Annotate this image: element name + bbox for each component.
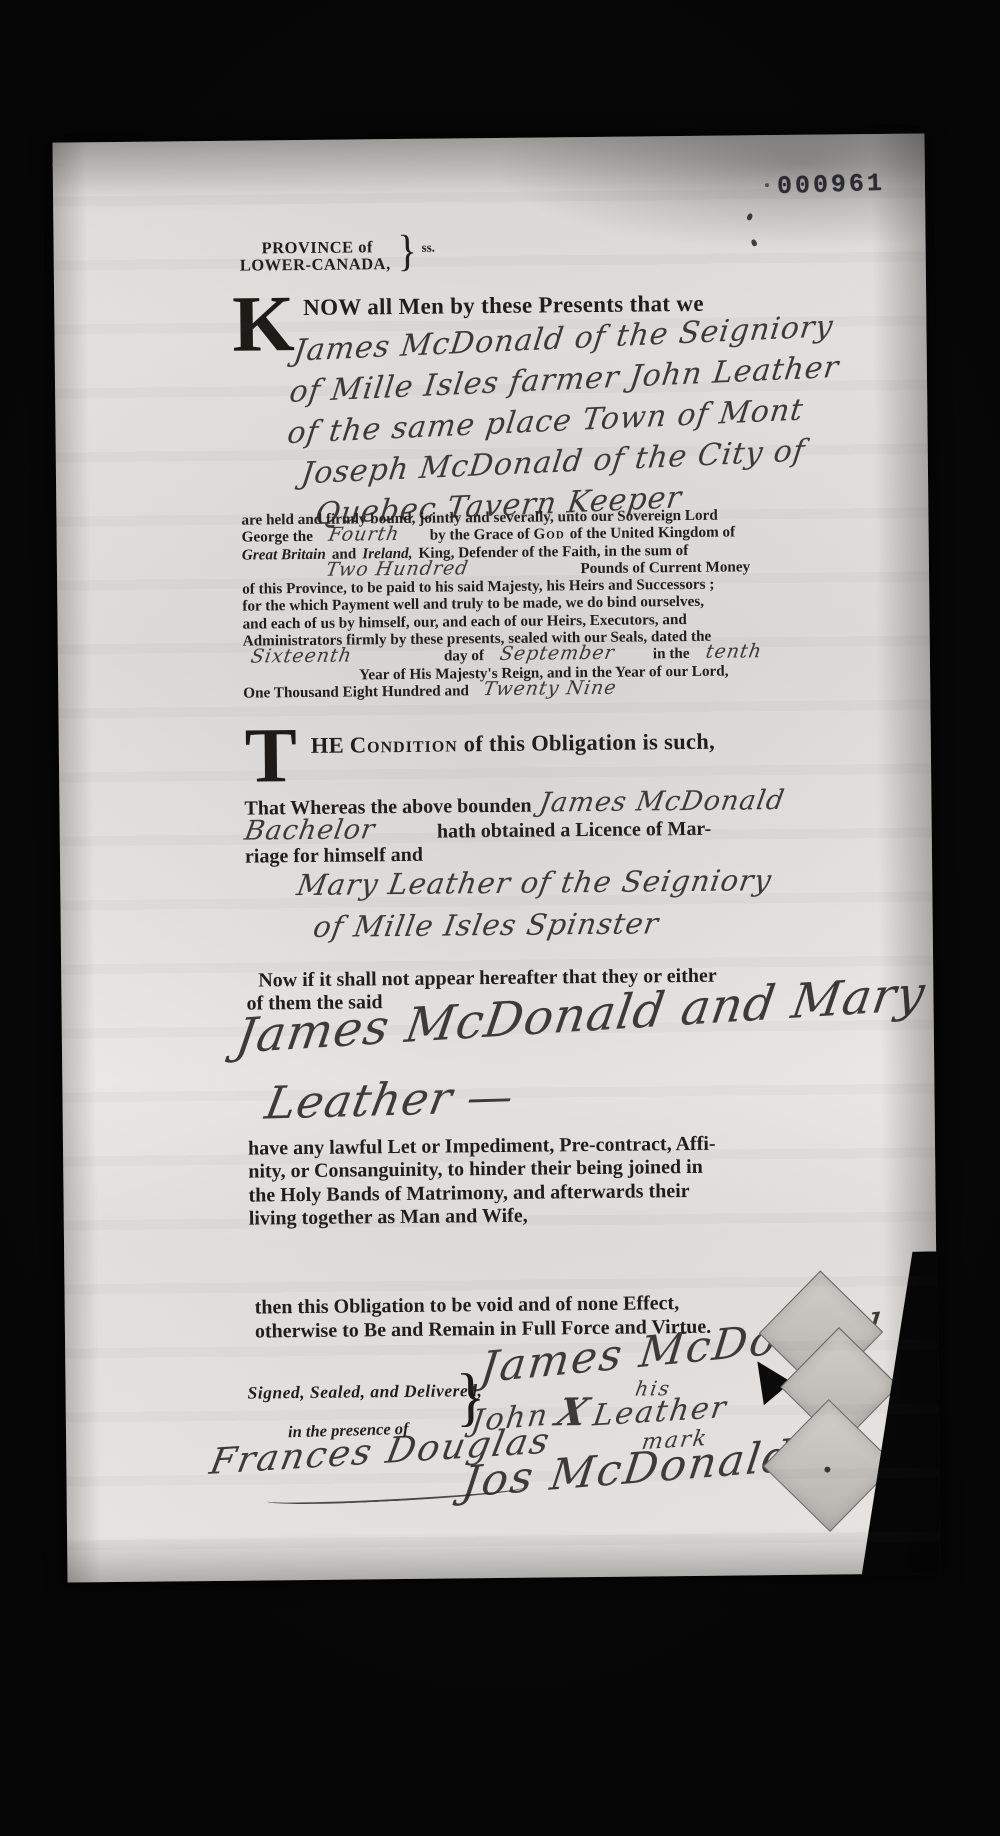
handwritten-names-line-2: Leather — bbox=[266, 1072, 513, 1128]
handwritten-names-line-1: James McDonald and Mary bbox=[239, 984, 922, 1047]
signature-leather: Leather bbox=[594, 1394, 727, 1430]
marriage-bond-page: 000961 PROVINCE of LOWER-CANADA, } ss. K… bbox=[52, 133, 939, 1582]
province-caption: PROVINCE of LOWER-CANADA, bbox=[240, 238, 391, 274]
condition-lead: HE bbox=[311, 733, 350, 758]
printed-text: living together as Man and Wife, bbox=[249, 1205, 528, 1230]
ink-mark bbox=[750, 239, 757, 247]
text-line: of Mille Isles Spinster bbox=[246, 911, 821, 953]
handwritten-text: Leather — bbox=[261, 1070, 518, 1130]
printed-text: Pounds of Current Money bbox=[580, 558, 750, 577]
impediment-paragraph: have any lawful Let or Impediment, Pre-c… bbox=[248, 1132, 829, 1231]
handwritten-text: Sixteenth bbox=[250, 649, 354, 665]
printed-text: the Holy Bands of Matrimony, and afterwa… bbox=[248, 1180, 689, 1207]
scan-artifact bbox=[53, 162, 67, 166]
handwritten-signature: John bbox=[469, 1398, 551, 1439]
printed-text: day of bbox=[444, 647, 484, 664]
printed-text: in the bbox=[653, 645, 690, 662]
printed-text: George the bbox=[242, 528, 313, 546]
document-number-stamp: 000961 bbox=[777, 169, 886, 201]
handwritten-x: X bbox=[551, 1389, 597, 1434]
handwritten-text: of Mille Isles Spinster bbox=[312, 913, 660, 937]
handwritten-text: tenth bbox=[704, 645, 762, 661]
bond-paragraph: are held and firmly bound, jointly and s… bbox=[241, 506, 818, 702]
printed-text: of the United Kingdom of bbox=[570, 524, 736, 543]
opening-line: NOW all Men by these Presents that we bbox=[303, 291, 704, 321]
province-ss-abbr: ss. bbox=[422, 240, 436, 256]
printed-text: by the Grace of bbox=[430, 526, 534, 544]
dropcap-t: T bbox=[245, 724, 298, 787]
province-line-2: LOWER-CANADA, bbox=[240, 255, 391, 274]
x-mark: X bbox=[558, 1389, 590, 1434]
signature-john: John bbox=[472, 1400, 549, 1436]
printed-text: God bbox=[533, 526, 565, 543]
seal-speck bbox=[824, 1467, 830, 1473]
text-line: Mary Leather of the Seigniory bbox=[245, 869, 820, 911]
handwritten-text: Mary Leather of the Seigniory bbox=[296, 870, 774, 895]
printed-text: Great Britain bbox=[242, 545, 326, 563]
dropcap-k: K bbox=[232, 292, 295, 357]
handwritten-text: September bbox=[499, 646, 616, 662]
condition-rest: of this Obligation is such, bbox=[458, 729, 715, 757]
printed-text: have any lawful Let or Impediment, Pre-c… bbox=[248, 1133, 716, 1160]
signature-jos-mcdonald: Jos McDonald bbox=[464, 1443, 790, 1496]
printed-text: riage for himself and bbox=[245, 844, 423, 868]
handwritten-text: Two Hundred bbox=[325, 561, 470, 578]
handwritten-text: Bachelor bbox=[243, 820, 377, 841]
condition-smallcaps: Condition bbox=[350, 731, 458, 757]
handwritten-text: Fourth bbox=[328, 527, 401, 543]
stamp-dot bbox=[765, 183, 769, 187]
text-line: One Thousand Eight Hundred andTwenty Nin… bbox=[243, 679, 818, 702]
document-scan: 000961 PROVINCE of LOWER-CANADA, } ss. K… bbox=[0, 0, 1000, 1836]
attestation-line-1: Signed, Sealed, and Delivered, bbox=[247, 1380, 482, 1403]
printed-text: hath obtained a Licence of Mar- bbox=[437, 817, 711, 842]
text-line: living together as Man and Wife, bbox=[249, 1201, 829, 1230]
handwritten-parties: James McDonald of the Seignioryof Mille … bbox=[293, 309, 845, 538]
printed-text: nity, or Consanguinity, to hinder their … bbox=[248, 1156, 703, 1183]
ink-mark bbox=[746, 213, 754, 222]
printed-text: One Thousand Eight Hundred and bbox=[243, 682, 469, 701]
condition-heading: HE Condition of this Obligation is such, bbox=[311, 729, 715, 759]
province-brace: } bbox=[397, 224, 417, 276]
handwritten-text: Twenty Nine bbox=[482, 681, 618, 697]
printed-text: then this Obligation to be void and of n… bbox=[255, 1292, 680, 1318]
handwritten-text: James McDonald bbox=[538, 791, 786, 814]
